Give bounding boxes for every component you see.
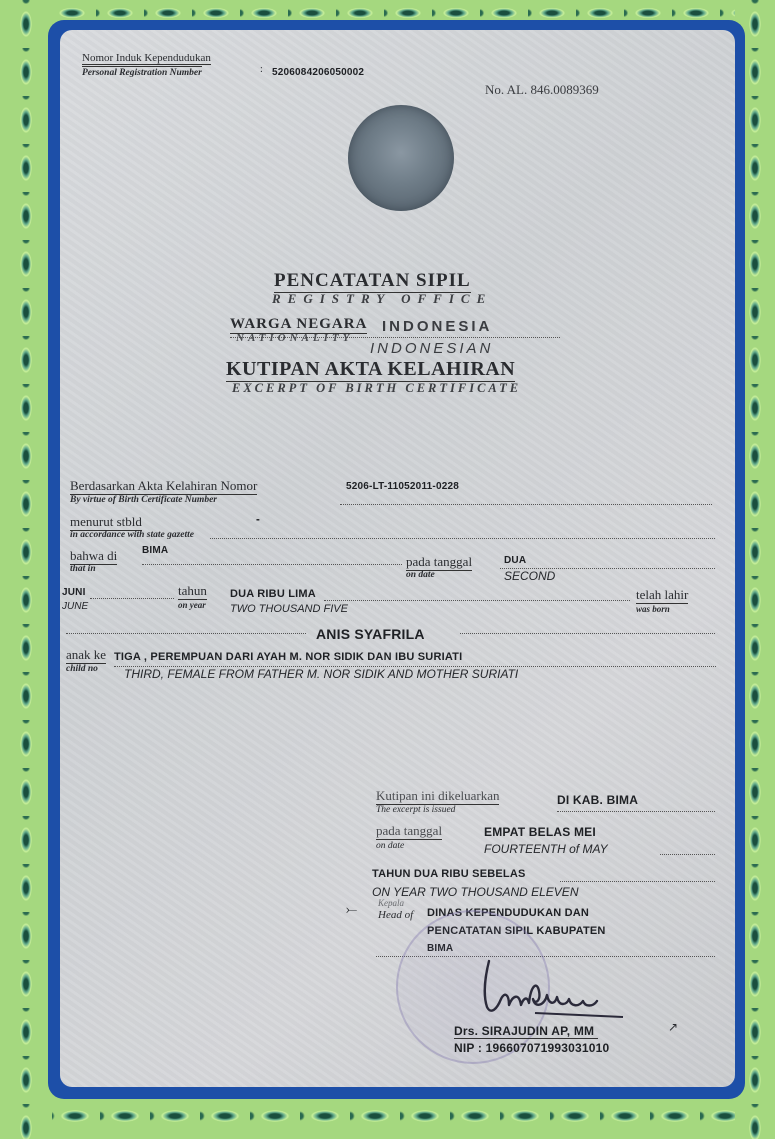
pen-mark-2: ↗ [668, 1020, 678, 1035]
nik-label-id: Nomor Induk Kependudukan [82, 52, 211, 65]
birth-date-value: DUA [504, 555, 526, 566]
nationality-value: INDONESIA [382, 318, 492, 335]
office-title: PENCATATAN SIPIL [274, 270, 471, 293]
birth-year-label: tahun [178, 583, 207, 600]
issued-year-value-en: ON YEAR TWO THOUSAND ELEVEN [372, 885, 578, 899]
child-number-label: anak ke [66, 647, 106, 664]
cert-number-label-en: By virtue of Birth Certificate Number [70, 495, 217, 505]
head-label-en: Head of [378, 909, 413, 921]
born-label-en: was born [636, 604, 670, 614]
border-left-ornament [0, 0, 52, 1139]
issued-date-label: pada tanggal [376, 823, 442, 840]
birth-month-value: JUNI [62, 587, 86, 598]
issued-place: DI KAB. BIMA [557, 793, 638, 807]
document-title-en: EXCERPT OF BIRTH CERTIFICATE [232, 381, 521, 396]
cert-number-label: Berdasarkan Akta Kelahiran Nomor [70, 478, 257, 495]
child-number-label-en: child no [66, 664, 98, 674]
issued-date-value-en: FOURTEENTH of MAY [484, 842, 608, 856]
place-label: bahwa di [70, 548, 117, 565]
gazette-label-en: in accordance with state gazette [70, 530, 194, 540]
issued-date-value: EMPAT BELAS MEI [484, 825, 596, 839]
birth-date-label: pada tanggal [406, 554, 472, 571]
nik-value: 5206084206050002 [272, 67, 364, 78]
issued-label-en: The excerpt is issued [376, 805, 455, 815]
nik-label-en: Personal Registration Number [82, 66, 202, 78]
certificate-paper: Nomor Induk Kependudukan Personal Regist… [60, 30, 735, 1087]
gazette-label: menurut stbld [70, 514, 142, 531]
issued-date-label-en: on date [376, 841, 404, 851]
issued-year-value: TAHUN DUA RIBU SEBELAS [372, 868, 526, 880]
birth-year-value: DUA RIBU LIMA [230, 588, 316, 600]
document-title: KUTIPAN AKTA KELAHIRAN [226, 358, 515, 382]
serial-number: No. AL. 846.0089369 [485, 82, 599, 98]
born-label: telah lahir [636, 587, 688, 604]
birth-year-value-en: TWO THOUSAND FIVE [230, 603, 348, 615]
gazette-value: - [256, 514, 260, 526]
border-bottom-ornament [0, 1093, 775, 1139]
signatory-name: Drs. SIRAJUDIN AP, MM [454, 1024, 598, 1039]
head-label: Kepala [378, 898, 404, 908]
pen-mark: ⤚ [346, 903, 357, 919]
nik-colon: : [260, 64, 263, 75]
nationality-value-en: INDONESIAN [370, 340, 493, 357]
birth-year-label-en: on year [178, 600, 206, 610]
birth-date-label-en: on date [406, 570, 435, 580]
birth-month-value-en: JUNE [62, 601, 88, 612]
child-description-en: THIRD, FEMALE FROM FATHER M. NOR SIDIK A… [124, 667, 518, 681]
cert-number-value: 5206-LT-11052011-0228 [346, 481, 459, 492]
birth-place-value: BIMA [142, 545, 168, 556]
child-name: ANIS SYAFRILA [316, 626, 425, 642]
signature-icon [475, 955, 625, 1025]
signatory-nip: NIP : 196607071993031010 [454, 1041, 609, 1055]
national-emblem-icon [348, 105, 454, 211]
birth-date-value-en: SECOND [504, 569, 555, 583]
place-label-en: that in [70, 564, 96, 574]
child-description: TIGA , PEREMPUAN DARI AYAH M. NOR SIDIK … [114, 651, 462, 663]
nationality-label-en: NATIONALITY [236, 332, 353, 344]
issued-label: Kutipan ini dikeluarkan [376, 788, 499, 805]
office-title-en: REGISTRY OFFICE [272, 291, 492, 307]
